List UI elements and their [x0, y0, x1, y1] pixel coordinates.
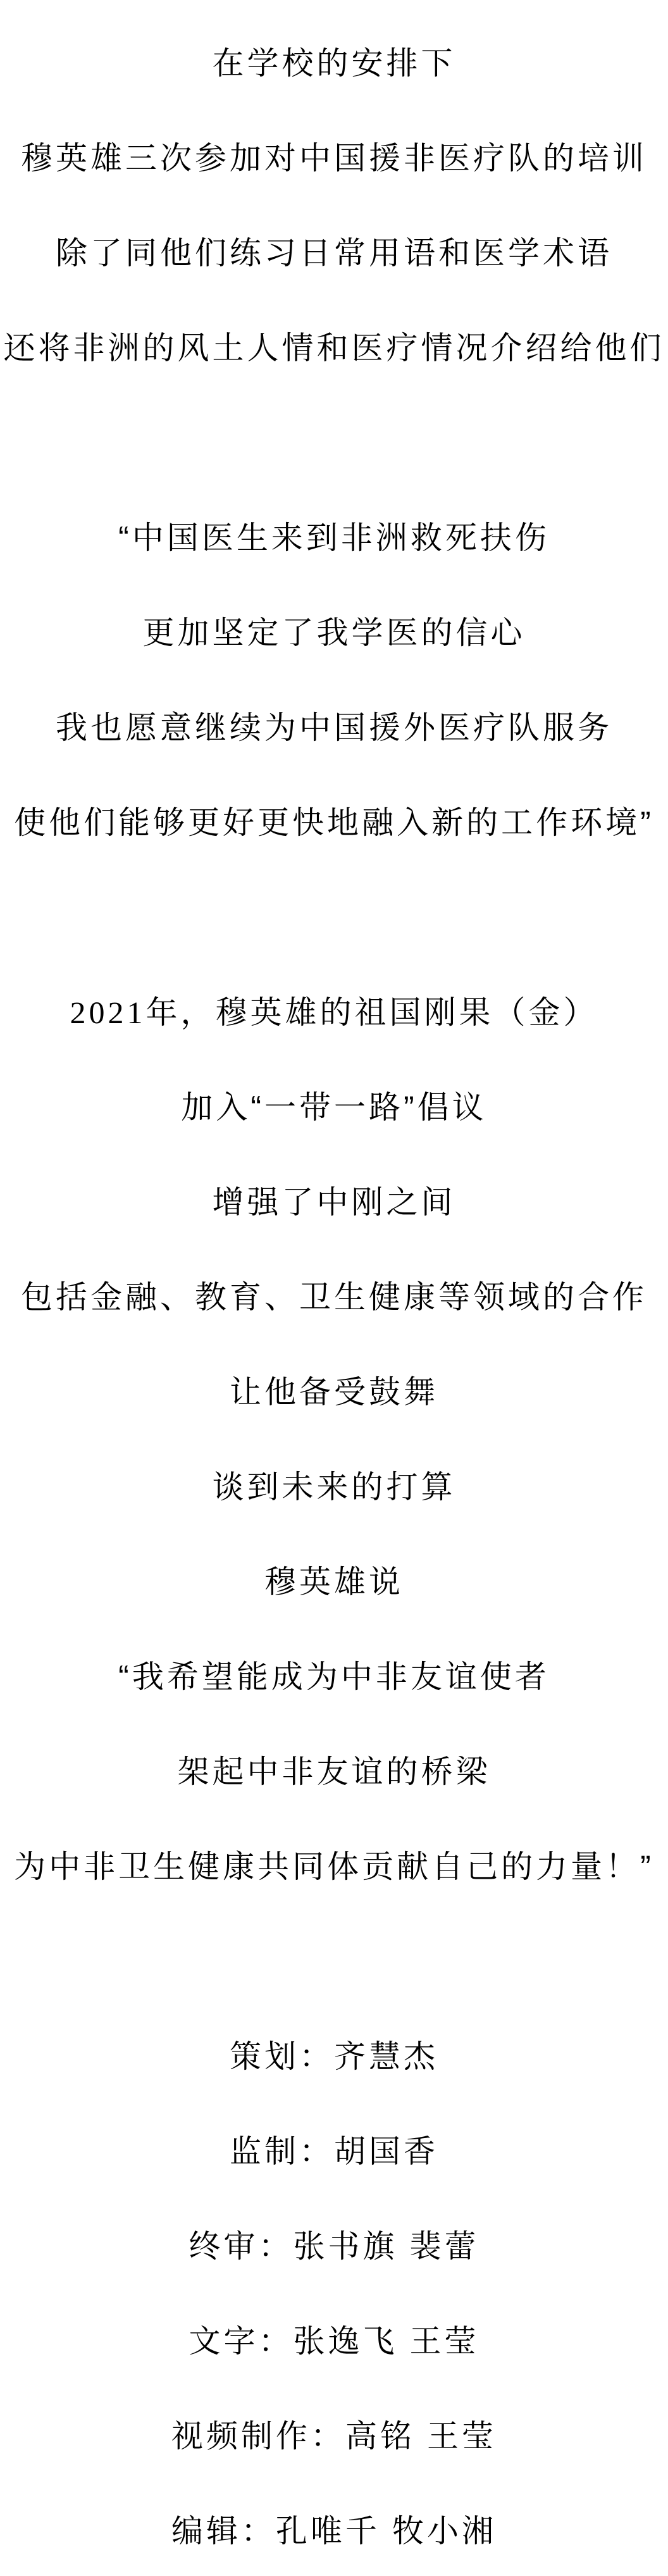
paragraph-belt-and-road-line: 穆英雄说 — [0, 1532, 668, 1627]
credits-line: 策划：齐慧杰 — [0, 2007, 668, 2101]
section-gap — [0, 393, 668, 488]
paragraph-training-line: 穆英雄三次参加对中国援非医疗队的培训 — [0, 108, 668, 203]
quote-confidence-line: 我也愿意继续为中国援外医疗队服务 — [0, 678, 668, 773]
article-body: 在学校的安排下穆英雄三次参加对中国援非医疗队的培训除了同他们练习日常用语和医学术… — [0, 13, 668, 2576]
credits-line: 监制：胡国香 — [0, 2101, 668, 2196]
article-page: 在学校的安排下穆英雄三次参加对中国援非医疗队的培训除了同他们练习日常用语和医学术… — [0, 0, 668, 2576]
credits-line: 编辑：孔唯千 牧小湘 — [0, 2481, 668, 2576]
paragraph-belt-and-road-line: 为中非卫生健康共同体贡献自己的力量！” — [0, 1817, 668, 1912]
section-gap — [0, 868, 668, 962]
paragraph-belt-and-road-line: 加入“一带一路”倡议 — [0, 1057, 668, 1152]
paragraph-belt-and-road-line: 让他备受鼓舞 — [0, 1342, 668, 1437]
paragraph-belt-and-road-line: 架起中非友谊的桥梁 — [0, 1722, 668, 1817]
paragraph-training-line: 在学校的安排下 — [0, 13, 668, 108]
section-gap — [0, 1912, 668, 2007]
credits-line: 文字：张逸飞 王莹 — [0, 2291, 668, 2386]
paragraph-belt-and-road-line: 谈到未来的打算 — [0, 1437, 668, 1532]
quote-confidence-line: “中国医生来到非洲救死扶伤 — [0, 488, 668, 583]
credits-line: 终审：张书旗 裴蕾 — [0, 2196, 668, 2291]
paragraph-belt-and-road-line: “我希望能成为中非友谊使者 — [0, 1627, 668, 1722]
paragraph-belt-and-road-line: 2021年，穆英雄的祖国刚果（金） — [0, 962, 668, 1057]
paragraph-training-line: 还将非洲的风土人情和医疗情况介绍给他们 — [0, 298, 668, 393]
paragraph-belt-and-road-line: 包括金融、教育、卫生健康等领域的合作 — [0, 1247, 668, 1342]
paragraph-training-line: 除了同他们练习日常用语和医学术语 — [0, 203, 668, 298]
paragraph-belt-and-road-line: 增强了中刚之间 — [0, 1152, 668, 1247]
credits-line: 视频制作：高铭 王莹 — [0, 2386, 668, 2481]
quote-confidence-line: 更加坚定了我学医的信心 — [0, 583, 668, 678]
quote-confidence-line: 使他们能够更好更快地融入新的工作环境” — [0, 773, 668, 868]
